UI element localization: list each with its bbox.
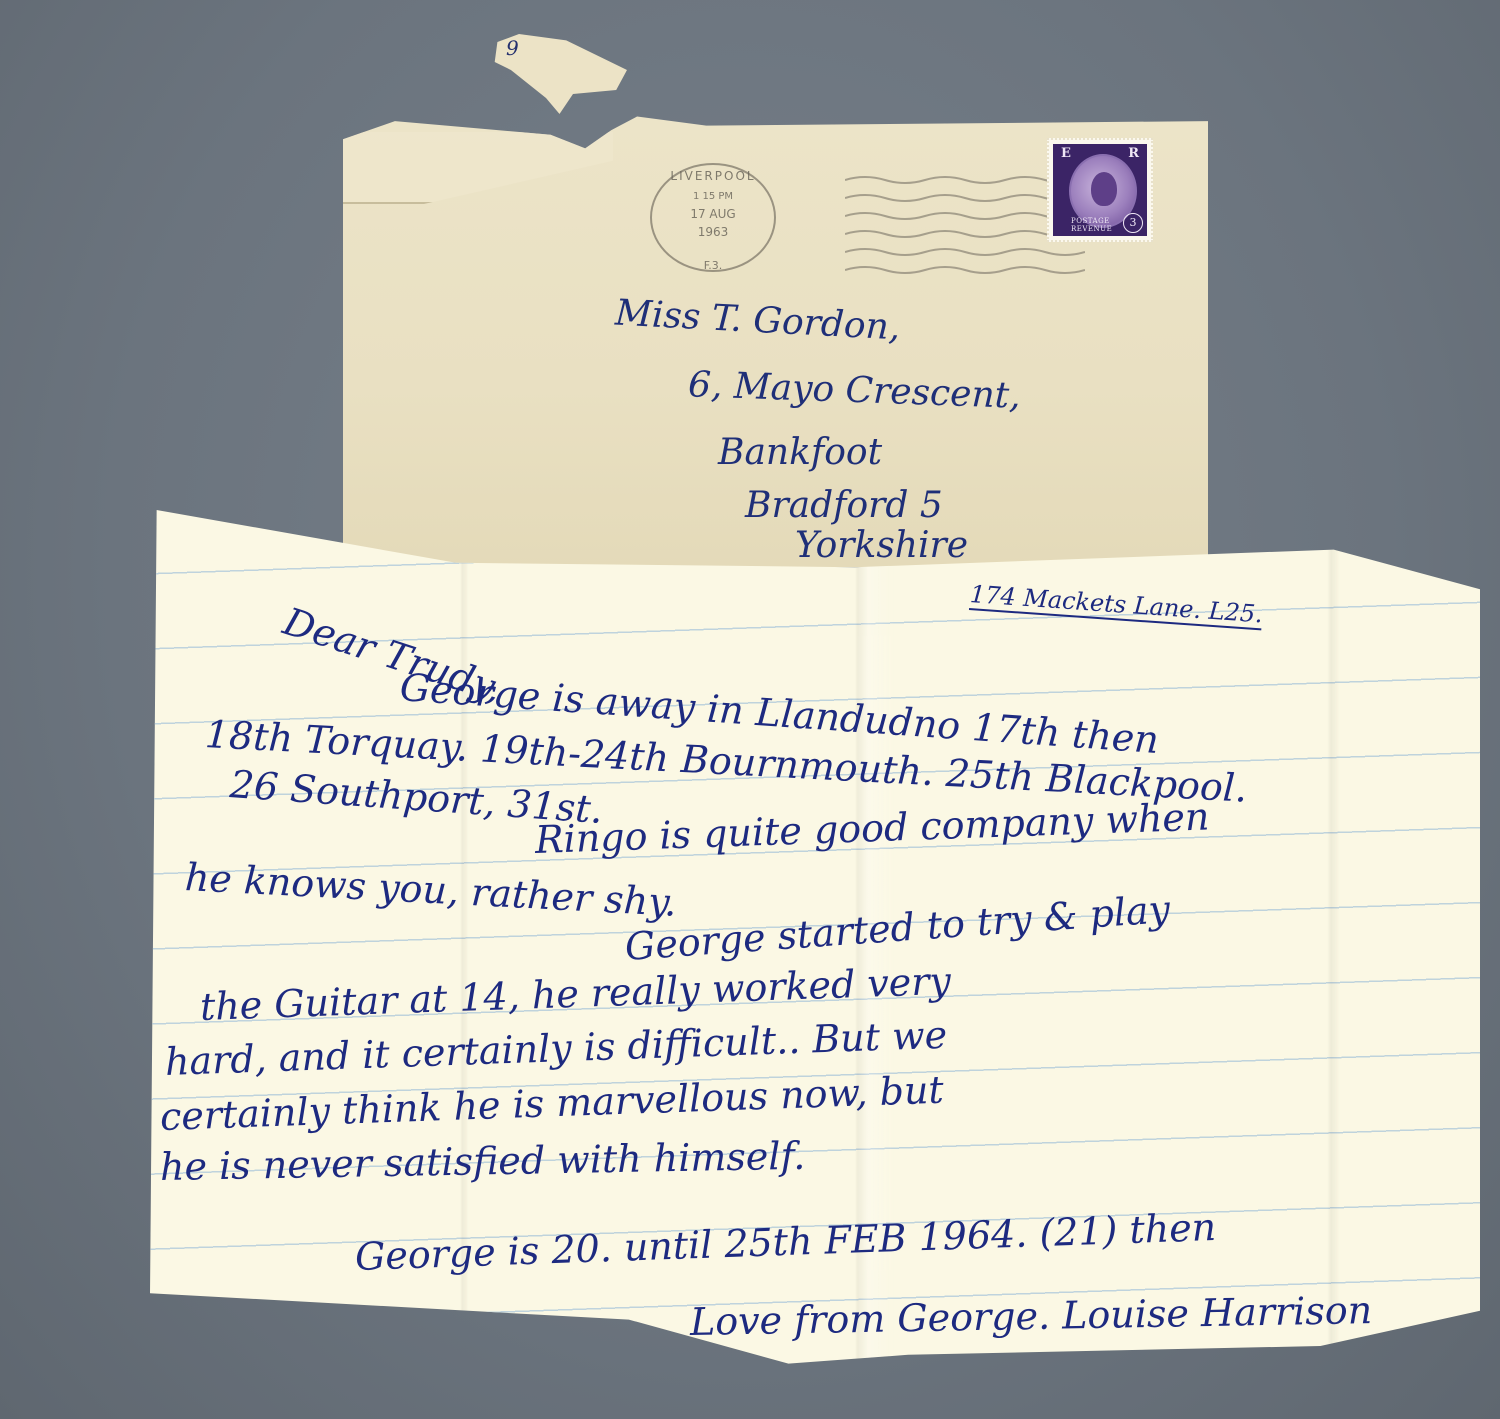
stamp-cypher-r: R <box>1128 146 1139 161</box>
liverpool-postmark: LIVERPOOL 1 15 PM 17 AUG 1963 F.3. <box>650 163 776 272</box>
flap-pencil-mark: 9 <box>506 36 519 60</box>
postage-stamp: E R POSTAGE REVENUE 3 <box>1047 138 1153 242</box>
stamp-value: 3 <box>1123 213 1143 233</box>
postmark-city: LIVERPOOL <box>652 169 774 183</box>
photo-scene: 9 LIVERPOOL 1 15 PM 17 AUG 1963 F.3. E R… <box>0 0 1500 1419</box>
envelope-torn-fold <box>343 132 613 204</box>
postmark-code: F.3. <box>652 259 774 272</box>
stamp-cypher-e: E <box>1061 146 1071 161</box>
address-line-county: Yorkshire <box>795 525 968 566</box>
postmark-date: 17 AUG <box>652 207 774 221</box>
address-line-city: Bradford 5 <box>745 485 943 526</box>
postmark-time: 1 15 PM <box>652 191 774 202</box>
postmark-year: 1963 <box>652 225 774 239</box>
address-line-district: Bankfoot <box>718 432 882 473</box>
torn-envelope-flap: 9 <box>492 34 627 114</box>
